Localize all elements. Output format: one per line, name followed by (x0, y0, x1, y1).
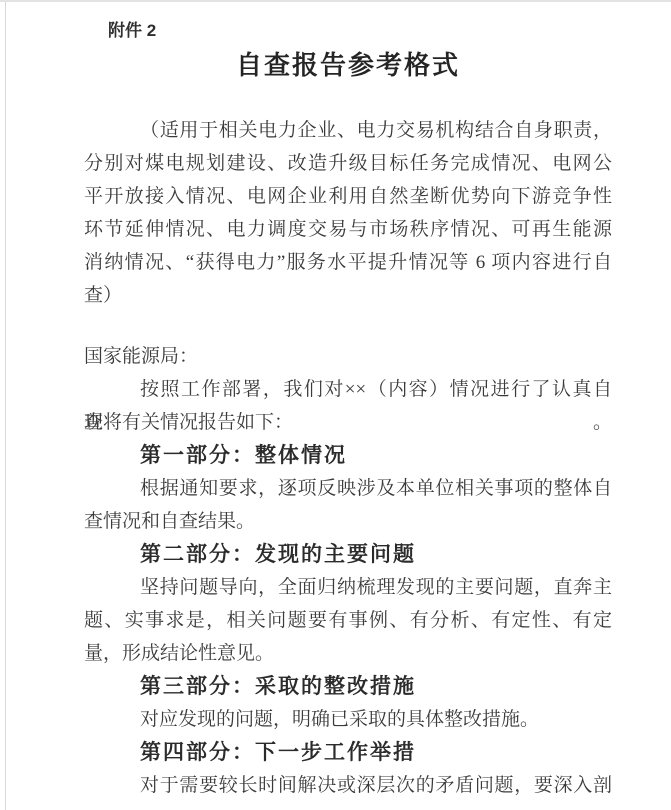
doc-line: 平开放接入情况、电网企业利用自然垄断优势向下游竞争性 (84, 180, 612, 213)
doc-line: 题、实事求是，相关问题要有事例、有分析、有定性、有定 (84, 604, 612, 637)
doc-line: 坚持问题导向，全面归纳梳理发现的主要问题，直奔主 (84, 571, 612, 604)
doc-line: 环节延伸情况、电力调度交易与市场秩序情况、可再生能源 (84, 213, 612, 246)
attachment-label: 附件 2 (108, 16, 612, 46)
doc-line: 对应发现的问题，明确已采取的具体整改措施。 (84, 703, 612, 736)
document-title: 自查报告参考格式 (84, 46, 612, 86)
doc-line: 消纳情况、“获得电力”服务水平提升情况等 6 项内容进行自 (84, 246, 612, 279)
doc-line: 对于需要较长时间解决或深层次的矛盾问题，要深入剖 (84, 769, 612, 802)
intro-paragraph: （适用于相关电力企业、电力交易机构结合自身职责， 分别对煤电规划建设、改造升级目… (84, 114, 612, 312)
section-heading-1: 第一部分：整体情况 (84, 439, 612, 472)
doc-line: 根据通知要求，逐项反映涉及本单位相关事项的整体自 (84, 472, 612, 505)
doc-line: 量，形成结论性意见。 (84, 637, 612, 670)
doc-line: 查情况和自查结果。 (84, 505, 612, 538)
salutation-line: 国家能源局： (84, 340, 612, 373)
doc-line: 按照工作部署，我们对××（内容）情况进行了认真自查。 (84, 373, 612, 406)
document-page: 附件 2 自查报告参考格式 （适用于相关电力企业、电力交易机构结合自身职责， 分… (0, 0, 671, 810)
doc-line: 分别对煤电规划建设、改造升级目标任务完成情况、电网公 (84, 147, 612, 180)
section-heading-4: 第四部分：下一步工作举措 (84, 736, 612, 769)
document-content: 附件 2 自查报告参考格式 （适用于相关电力企业、电力交易机构结合自身职责， 分… (84, 16, 612, 802)
section-heading-2: 第二部分：发现的主要问题 (84, 538, 612, 571)
page-left-border (5, 2, 6, 810)
doc-line: （适用于相关电力企业、电力交易机构结合自身职责， (84, 114, 612, 147)
section-heading-3: 第三部分：采取的整改措施 (84, 670, 612, 703)
report-body: 国家能源局： 按照工作部署，我们对××（内容）情况进行了认真自查。 现将有关情况… (84, 340, 612, 802)
doc-line: 查） (84, 279, 612, 312)
